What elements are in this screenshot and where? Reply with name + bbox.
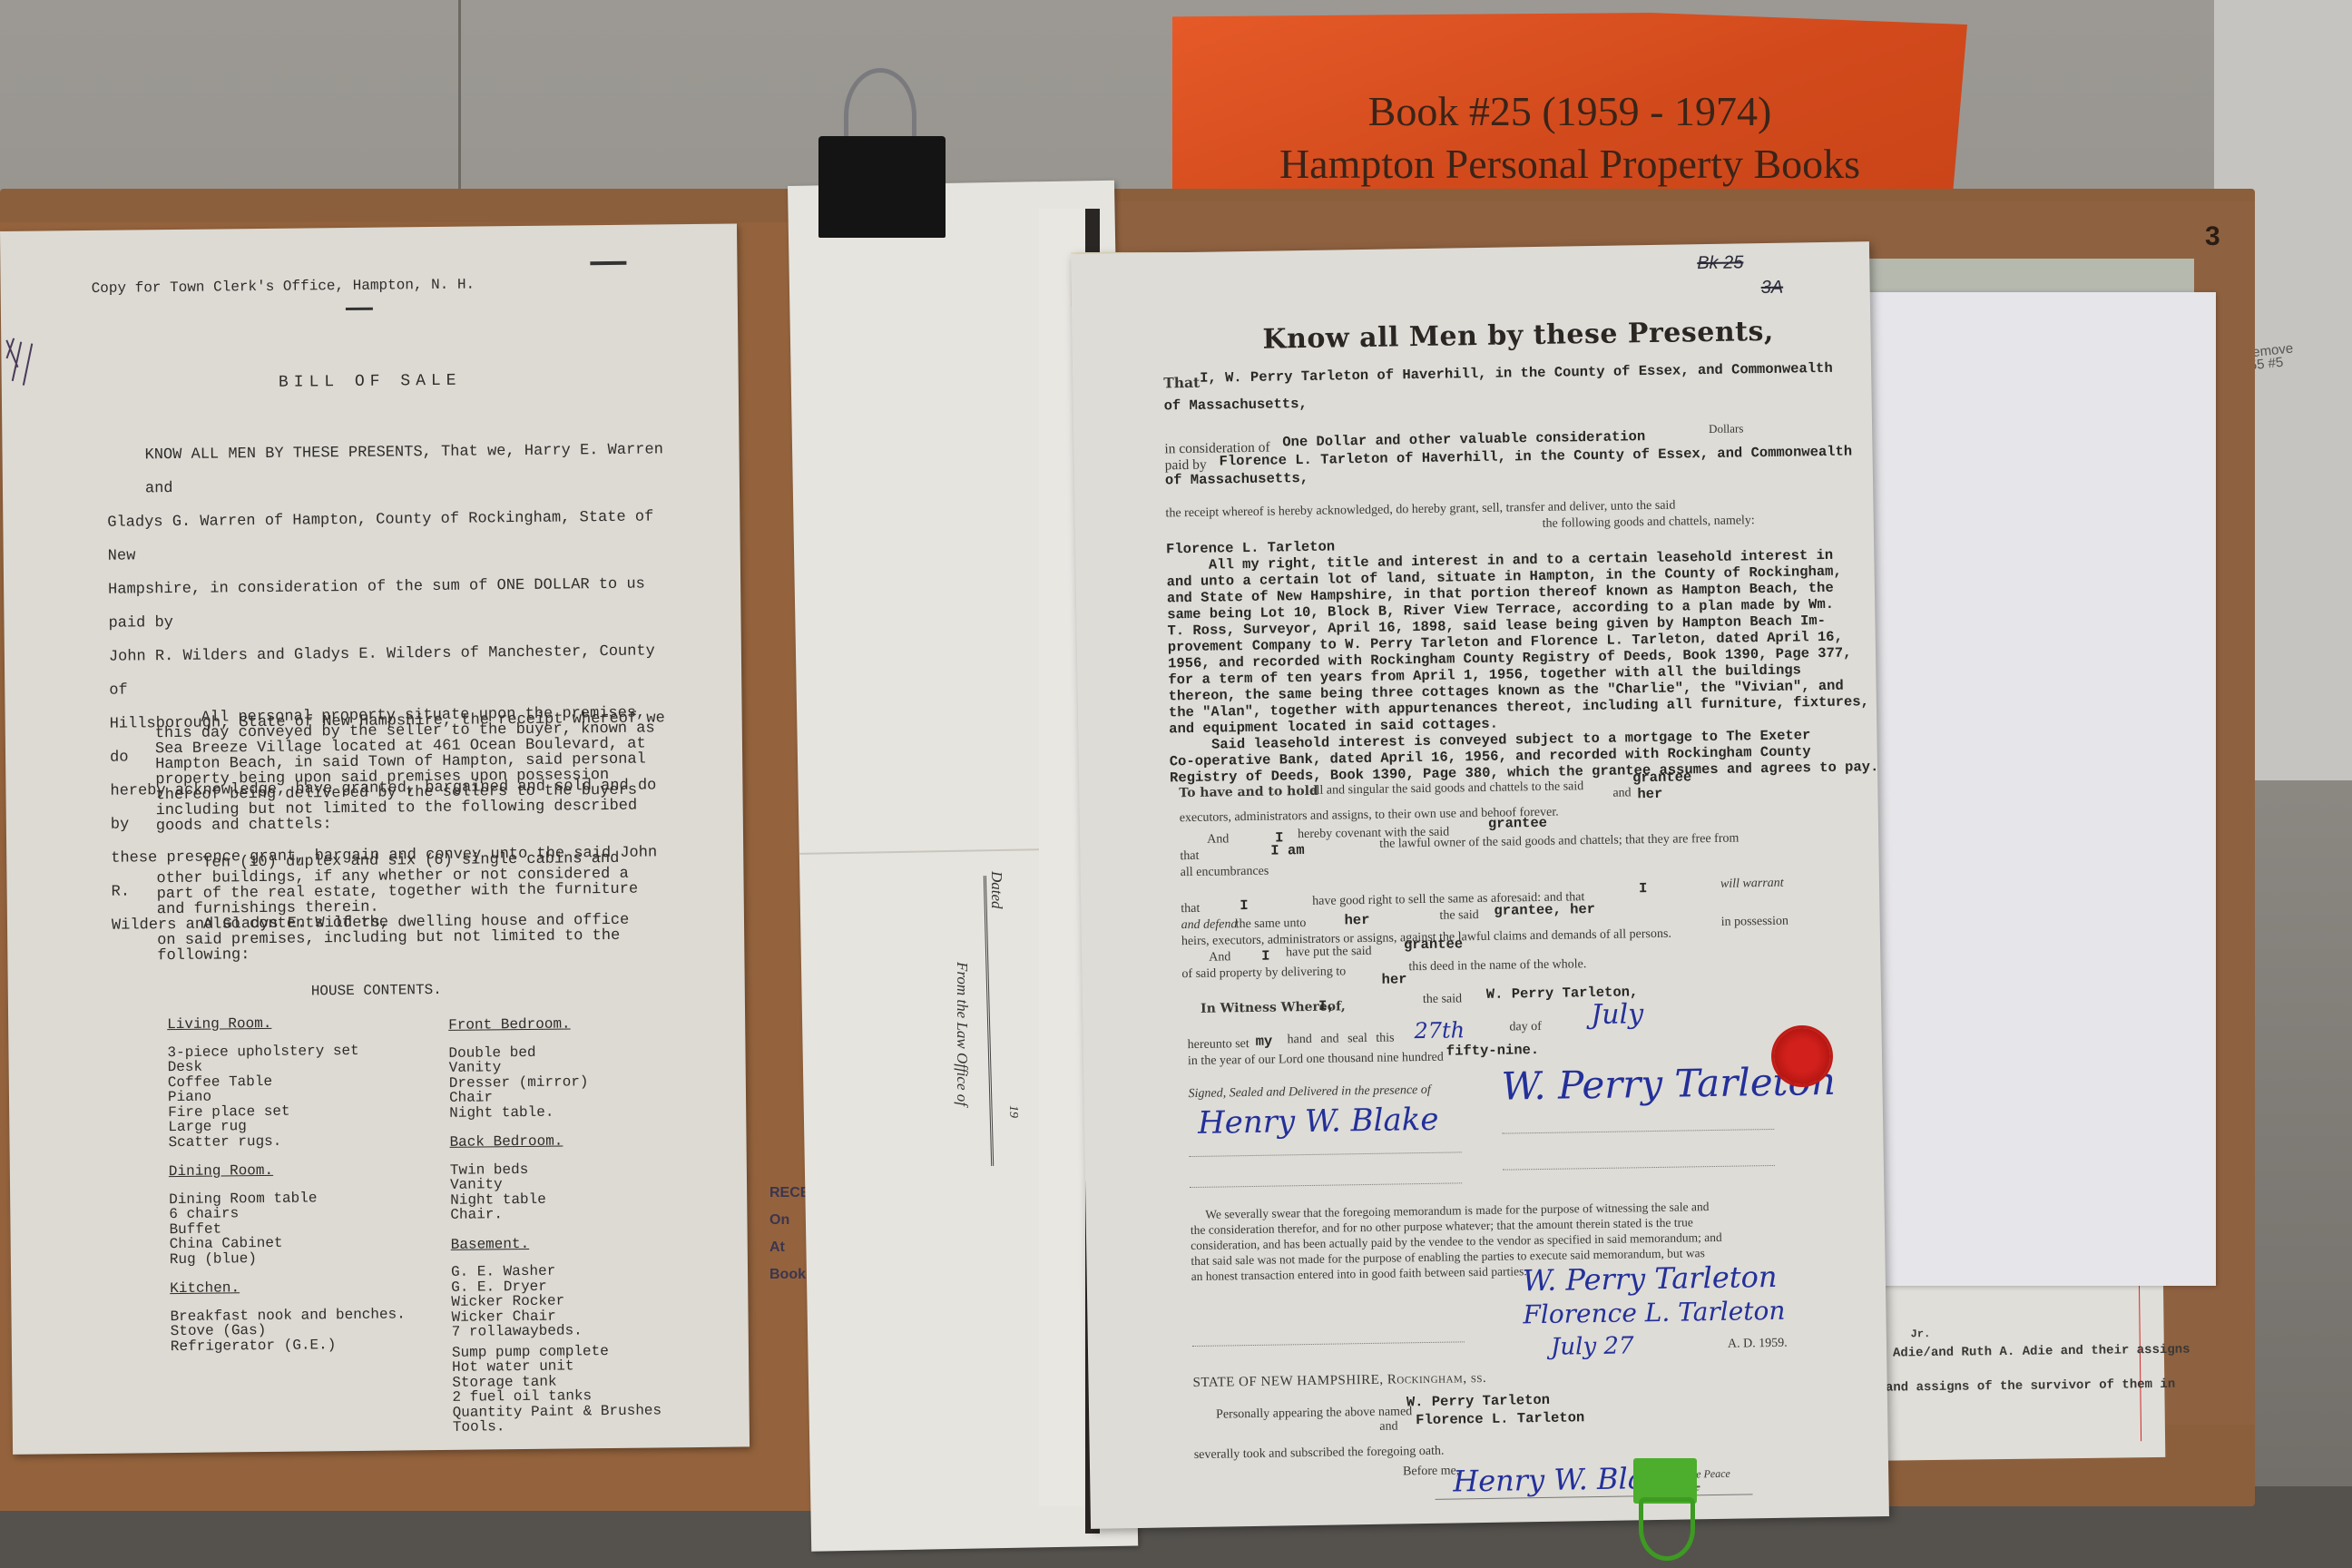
- witness-signature: Henry W. Blake: [1198, 1102, 1439, 1142]
- book-mark-struck: Bk 25: [1697, 252, 1744, 274]
- signature-line: [1190, 1151, 1462, 1157]
- oath-signature-grantor: W. Perry Tarleton: [1523, 1259, 1778, 1298]
- contents-left-column: Living Room. 3-piece upholstery setDeskC…: [167, 1014, 406, 1354]
- bill-also-paragraph: Also contents of the dwelling house and …: [157, 912, 666, 964]
- signature-line: [1503, 1165, 1775, 1171]
- habendum-lead: To have and to hold: [1179, 784, 1318, 800]
- signature-line: [1192, 1341, 1465, 1347]
- handwritten-day: 27th: [1414, 1017, 1465, 1044]
- dated-label: Dated: [987, 871, 1005, 909]
- house-contents-heading: HOUSE CONTENTS.: [8, 978, 745, 1003]
- label-book-title: Hampton Personal Property Books: [1172, 140, 1967, 188]
- wall-seam: [458, 0, 461, 218]
- contents-right-column: Front Bedroom. Double bedVanityDresser (…: [448, 1015, 661, 1435]
- signature-line: [1190, 1182, 1462, 1188]
- bill-of-sale-document: Copy for Town Clerk's Office, Hampton, N…: [0, 223, 750, 1454]
- wax-seal: [1774, 1028, 1830, 1084]
- signature-line: [1502, 1129, 1774, 1134]
- deed-heading: Know all Men by these Presents,: [1262, 316, 1774, 356]
- label-book-number: Book #25 (1959 - 1974): [1172, 87, 1967, 135]
- book-mark-new: 3A: [1761, 278, 1784, 299]
- oath-signature-grantee: Florence L. Tarleton: [1523, 1296, 1786, 1330]
- bill-property-paragraph: All personal property situate upon the p…: [155, 705, 664, 834]
- bill-header: Copy for Town Clerk's Office, Hampton, N…: [92, 277, 475, 297]
- bill-title: BILL OF SALE: [2, 368, 739, 395]
- black-binder-clip[interactable]: [818, 136, 946, 238]
- folder-tab-number: 3: [2205, 221, 2220, 252]
- law-office-label: From the Law Office of: [953, 962, 971, 1106]
- underlying-typed-sheet: , against the lawful claims and demands …: [1850, 1259, 2166, 1461]
- grantor-line: I, W. Perry Tarleton of Haverhill, in th…: [1200, 360, 1833, 387]
- punch-mark: [346, 308, 373, 310]
- oath-date: July 27: [1551, 1332, 1634, 1360]
- deed-document: Bk 25 3A Know all Men by these Presents,…: [1071, 241, 1889, 1529]
- deed-year: fifty-nine.: [1446, 1042, 1540, 1060]
- jurat-state: STATE OF NEW HAMPSHIRE, Rockingham, ss.: [1192, 1371, 1486, 1391]
- punch-mark: [590, 261, 626, 265]
- handwritten-month: July: [1591, 998, 1643, 1031]
- deed-body: All my right, title and interest in and …: [1166, 546, 1878, 786]
- green-clip-handle[interactable]: [1639, 1497, 1695, 1561]
- year-prefix: 19: [1005, 1105, 1020, 1118]
- blank-white-sheet: [1826, 292, 2216, 1286]
- bill-cabins-paragraph: Ten (10) duplex and six (6) single cabin…: [156, 850, 665, 917]
- book-label: Book #25 (1959 - 1974) Hampton Personal …: [1172, 13, 1967, 211]
